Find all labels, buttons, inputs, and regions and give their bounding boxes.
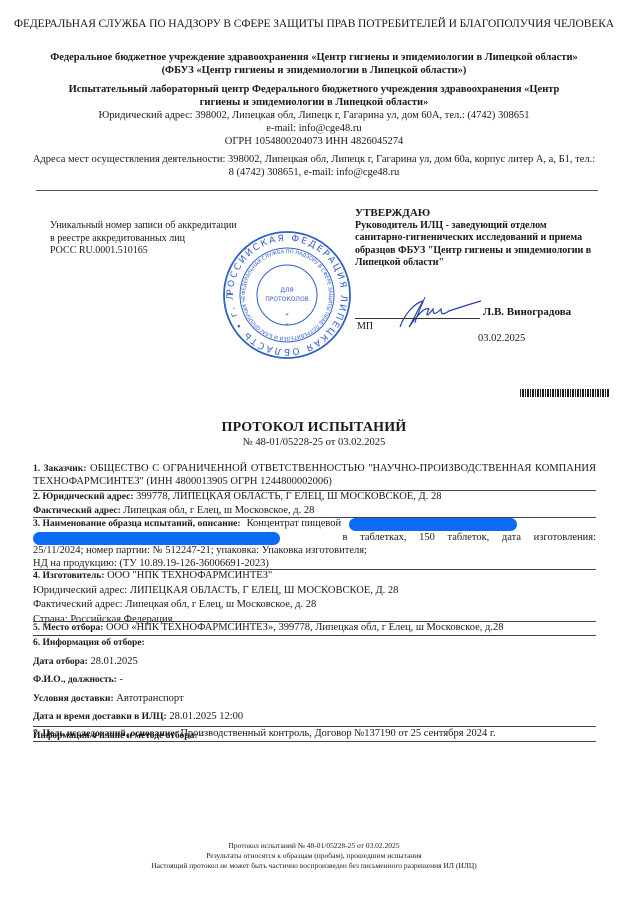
redacted-block	[349, 518, 517, 531]
sampling-date-label: Дата отбора:	[33, 657, 88, 667]
svg-text:*: *	[285, 312, 289, 320]
delivery-datetime-label: Дата и время доставки в ИЛЦ:	[33, 712, 167, 722]
purpose-value: Производственный контроль, Договор №1371…	[180, 728, 495, 739]
agency-name: ФЕДЕРАЛЬНАЯ СЛУЖБА ПО НАДЗОРУ В СФЕРЕ ЗА…	[0, 17, 628, 31]
delivery-datetime-value: 28.01.2025 12:00	[169, 711, 243, 722]
delivery-conditions-label: Условия доставки:	[33, 694, 114, 704]
lab-block: Испытательный лабораторный центр Федерал…	[0, 83, 628, 148]
delivery-conditions-value: Автотранспорт	[116, 693, 183, 704]
footer-reproduction-note: Настоящий протокол не может быть частичн…	[0, 861, 628, 871]
section-sampling-place: 5. Место отбора: ООО «НПК ТЕХНОФАРМСИНТЕ…	[33, 622, 596, 635]
accreditation-block: Уникальный номер записи об аккредитации …	[50, 220, 237, 258]
divider	[33, 726, 596, 727]
official-stamp-icon: РОССИЙСКАЯ ФЕДЕРАЦИЯ ЛИПЕЦКАЯ ОБЛАСТЬ • …	[222, 230, 352, 360]
lab-name: Испытательный лабораторный центр Федерал…	[0, 83, 628, 109]
accreditation-number: РОСС RU.0001.510165	[50, 245, 237, 258]
svg-text:ПРОТОКОЛОВ: ПРОТОКОЛОВ	[265, 296, 309, 303]
institution-short-name: (ФБУЗ «Центр гигиены и эпидемиологии в Л…	[0, 64, 628, 77]
redacted-block	[33, 532, 280, 545]
approver-position: Руководитель ИЛЦ - заведующий отделом са…	[355, 220, 595, 270]
ogrn-inn: ОГРН 1054800204073 ИНН 4826045274	[0, 135, 628, 148]
approval-block: УТВЕРЖДАЮ Руководитель ИЛЦ - заведующий …	[355, 207, 595, 270]
sampling-place-label: 5. Место отбора:	[33, 623, 103, 633]
section-sample: 3. Наименование образца испытаний, описа…	[33, 518, 596, 570]
protocol-number: № 48-01/05228-25 от 03.02.2025	[0, 437, 628, 448]
sampling-info-label: 6. Информация об отборе:	[33, 637, 596, 650]
sample-batch-info: 25/11/2024; номер партии: № 512247-21; у…	[33, 545, 596, 558]
responsible-person-label: Ф.И.О., должность:	[33, 675, 117, 685]
responsible-person-value: -	[119, 674, 123, 685]
svg-text:ДЛЯ: ДЛЯ	[280, 287, 293, 294]
signature-icon	[395, 293, 485, 333]
divider	[33, 741, 596, 742]
manufacturer-actual-address: Фактический адрес: Липецкая обл, г Елец,…	[33, 599, 596, 612]
section-customer: 1. Заказчик: ОБЩЕСТВО С ОГРАНИЧЕННОЙ ОТВ…	[33, 463, 596, 488]
section-manufacturer: 4. Изготовитель: ООО "НПК ТЕХНОФАРМСИНТЕ…	[33, 570, 596, 626]
actual-address-label: Фактический адрес:	[33, 506, 121, 516]
seal-place-label: МП	[357, 321, 373, 332]
signer-name: Л.В. Виноградова	[483, 306, 571, 318]
page-footer: Протокол испытаний № 48-01/05228-25 от 0…	[0, 841, 628, 871]
divider	[33, 635, 596, 636]
manufacturer-label: 4. Изготовитель:	[33, 571, 104, 581]
institution-name: Федеральное бюджетное учреждение здравоо…	[0, 51, 628, 64]
legal-address-label: 2. Юридический адрес:	[33, 492, 134, 502]
sampling-place-value: ООО «НПК ТЕХНОФАРМСИНТЕЗ», 399778, Липец…	[106, 622, 503, 633]
header-divider	[36, 190, 598, 191]
sample-label: 3. Наименование образца испытаний, описа…	[33, 518, 241, 531]
purpose-label: 7. Цель исследований, основание:	[33, 729, 178, 739]
customer-value: ОБЩЕСТВО С ОГРАНИЧЕННОЙ ОТВЕТСТВЕННОСТЬЮ…	[33, 463, 596, 487]
footer-protocol-ref: Протокол испытаний № 48-01/05228-25 от 0…	[0, 841, 628, 851]
manufacturer-legal-address: Юридический адрес: ЛИПЕЦКАЯ ОБЛАСТЬ, Г Е…	[33, 585, 596, 598]
protocol-title: ПРОТОКОЛ ИСПЫТАНИЙ	[0, 420, 628, 436]
sample-value-continued: в таблетках, 150 таблеток, дата изготовл…	[343, 532, 596, 545]
signature-line	[355, 318, 480, 319]
sample-value: Концентрат пищевой	[247, 518, 342, 531]
footer-results-note: Результаты относятся к образцам (пробам)…	[0, 851, 628, 861]
email: e-mail: info@cge48.ru	[0, 122, 628, 135]
section-legal-address: 2. Юридический адрес: 399778, ЛИПЕЦКАЯ О…	[33, 491, 596, 517]
accreditation-line: в реестре аккредитованных лиц	[50, 233, 237, 246]
legal-address-value: 399778, ЛИПЕЦКАЯ ОБЛАСТЬ, Г ЕЛЕЦ, Ш МОСК…	[136, 491, 441, 502]
customer-label: 1. Заказчик:	[33, 464, 86, 474]
actual-address-value: Липецкая обл, г Елец, ш Московское, д. 2…	[123, 505, 314, 516]
sampling-date-value: 28.01.2025	[90, 656, 137, 667]
svg-text:*: *	[285, 322, 289, 330]
manufacturer-value: ООО "НПК ТЕХНОФАРМСИНТЕЗ"	[107, 570, 272, 581]
legal-address: Юридический адрес: 398002, Липецкая обл,…	[0, 109, 628, 122]
section-purpose: 7. Цель исследований, основание: Произво…	[33, 728, 596, 741]
approval-date: 03.02.2025	[478, 333, 525, 344]
barcode-icon	[520, 389, 610, 397]
approval-title: УТВЕРЖДАЮ	[355, 207, 595, 220]
activity-addresses: Адреса мест осуществления деятельности: …	[0, 153, 628, 179]
institution-block: Федеральное бюджетное учреждение здравоо…	[0, 51, 628, 77]
accreditation-line: Уникальный номер записи об аккредитации	[50, 220, 237, 233]
